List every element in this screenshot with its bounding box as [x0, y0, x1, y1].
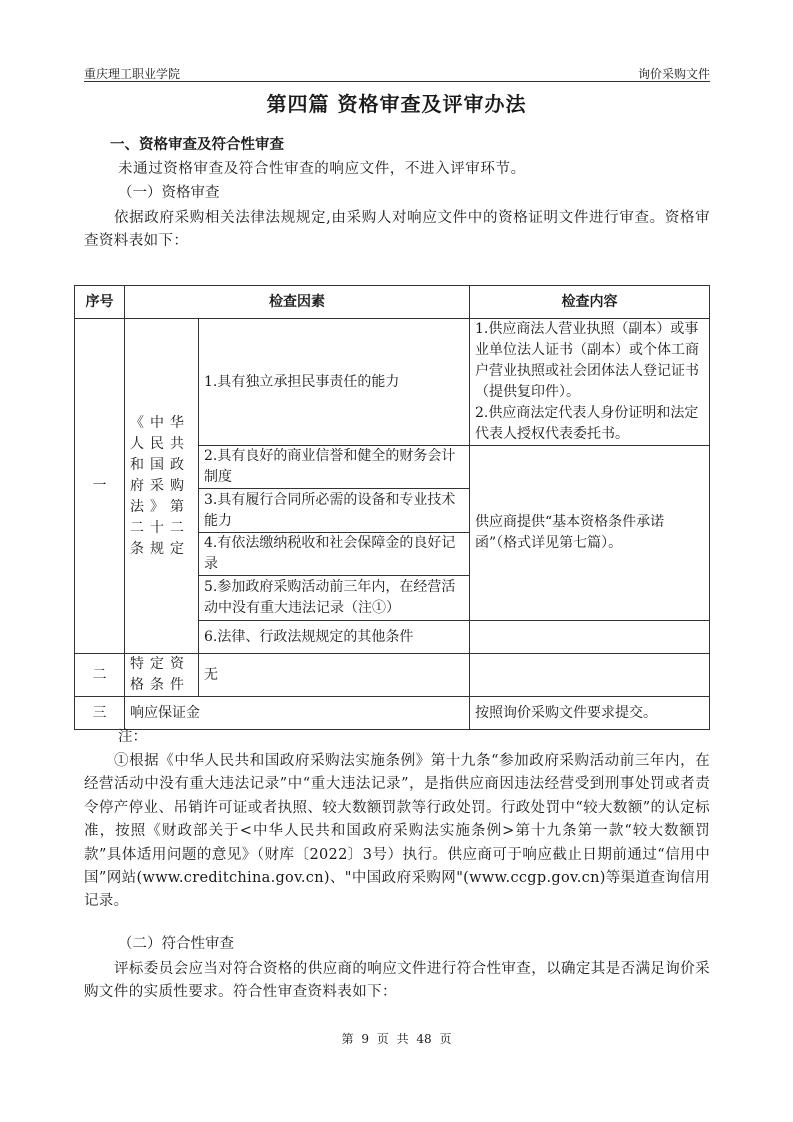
note-1-paragraph: ①根据《中华人民共和国政府采购法实施条例》第十九条“参加政府采购活动前三年内，在…: [84, 750, 710, 914]
deposit-content: 按照询价采购文件要求提交。: [470, 697, 710, 730]
row-index: 一: [75, 319, 125, 654]
header-index: 序号: [75, 286, 125, 319]
page-number: 第 9 页 共 48 页: [0, 1030, 793, 1047]
qualification-table: 序号 检查因素 检查内容 一 《中华人民共和国政府采购法》第二十二条规定 1.具…: [74, 285, 710, 730]
factor-item-6: 6.法律、行政法规规定的其他条件: [199, 621, 470, 654]
conformity-paragraph: 评标委员会应当对符合资格的供应商的响应文件进行符合性审查，以确定其是否满足询价采…: [84, 958, 710, 1005]
page-title: 第四篇 资格审查及评审办法: [0, 88, 793, 117]
factor-item-2: 2.具有良好的商业信誉和健全的财务会计制度: [199, 446, 470, 489]
content-cell-group: 供应商提供“基本资格条件承诺函”（格式详见第七篇）。: [470, 446, 710, 621]
content-cell-1: 1.供应商法人营业执照（副本）或事业单位法人证书（副本）或个体工商户营业执照或社…: [470, 319, 710, 446]
row-index: 二: [75, 654, 125, 697]
factor-item-1: 1.具有独立承担民事责任的能力: [199, 319, 470, 446]
subsection-heading-qualification: （一）资格审查: [118, 182, 220, 205]
qualification-paragraph: 依据政府采购相关法律法规规定,由采购人对响应文件中的资格证明文件进行审查。资格审…: [84, 207, 710, 254]
table-row: 一 《中华人民共和国政府采购法》第二十二条规定 1.具有独立承担民事责任的能力 …: [75, 319, 710, 446]
content-line-1: 1.供应商法人营业执照（副本）或事业单位法人证书（副本）或个体工商户营业执照或社…: [475, 319, 704, 403]
notes-label: 注：: [118, 726, 147, 749]
header-doc-type: 询价采购文件: [638, 65, 710, 82]
factor-item-3: 3.具有履行合同所必需的设备和专业技术能力: [199, 489, 470, 533]
section-heading-1: 一、资格审查及符合性审查: [110, 134, 284, 157]
page-header: 重庆理工职业学院 询价采购文件: [84, 63, 710, 82]
table-row: 三 响应保证金 按照询价采购文件要求提交。: [75, 697, 710, 730]
legal-basis-cell: 《中华人民共和国政府采购法》第二十二条规定: [125, 319, 199, 654]
special-qualification-label: 特定资格条件: [125, 654, 199, 697]
factor-item-4: 4.有依法缴纳税收和社会保障金的良好记录: [199, 533, 470, 576]
deposit-label: 响应保证金: [125, 697, 470, 730]
header-org-name: 重庆理工职业学院: [84, 65, 180, 82]
row-index: 三: [75, 697, 125, 730]
factor-item-5: 5.参加政府采购活动前三年内，在经营活动中没有重大违法记录（注①）: [199, 576, 470, 621]
header-content: 检查内容: [470, 286, 710, 319]
special-qualification-content: [470, 654, 710, 697]
subsection-heading-conformity: （二）符合性审查: [118, 933, 234, 956]
header-factor: 检查因素: [125, 286, 470, 319]
content-cell-6: [470, 621, 710, 654]
special-qualification-value: 无: [199, 654, 470, 697]
content-line-2: 2.供应商法定代表人身份证明和法定代表人授权代表委托书。: [475, 403, 704, 445]
table-row: 二 特定资格条件 无: [75, 654, 710, 697]
section-intro: 未通过资格审查及符合性审查的响应文件，不进入评审环节。: [118, 158, 526, 181]
table-header-row: 序号 检查因素 检查内容: [75, 286, 710, 319]
